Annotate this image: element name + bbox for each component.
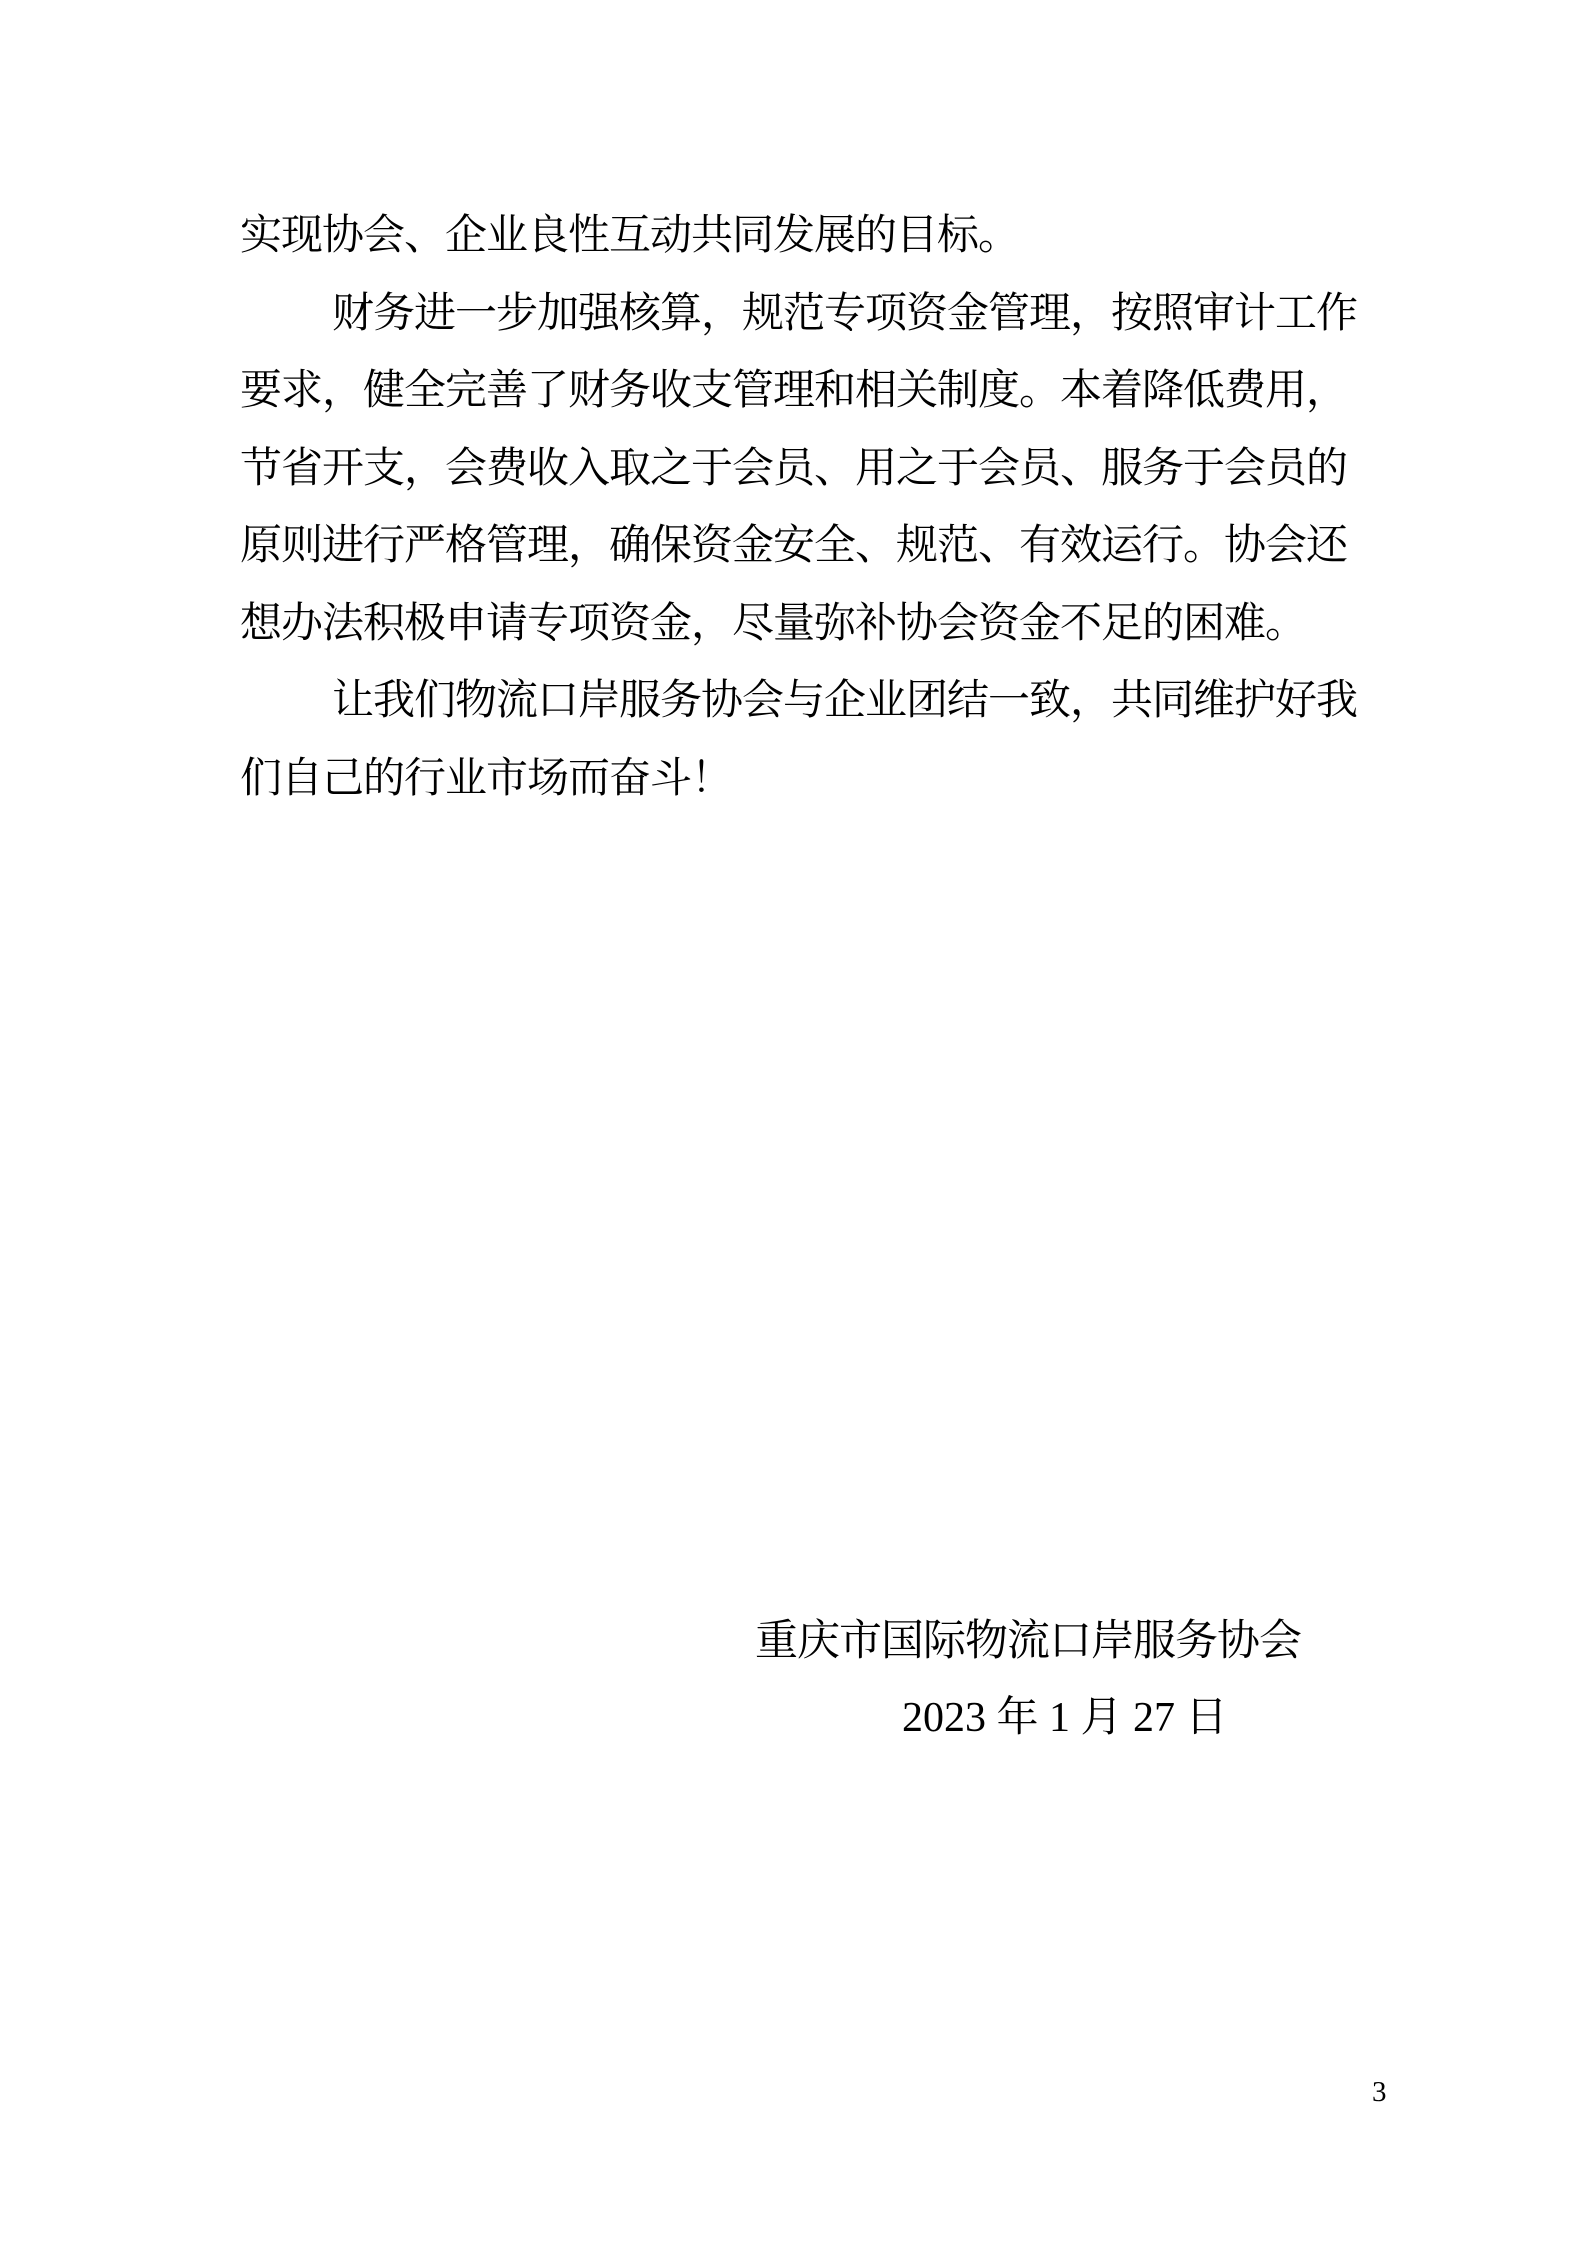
document-page: 实现协会、企业良性互动共同发展的目标。 财务进一步加强核算，规范专项资金管理，按… — [0, 0, 1588, 2245]
text-line: 财务进一步加强核算，规范专项资金管理，按照审计工作 — [240, 276, 1360, 354]
text-line: 原则进行严格管理，确保资金安全、规范、有效运行。协会还 — [240, 508, 1360, 586]
text-line: 节省开支，会费收入取之于会员、用之于会员、服务于会员的 — [240, 431, 1360, 509]
date-line: 2023 年 1 月 27 日 — [902, 1678, 1228, 1758]
text-line: 让我们物流口岸服务协会与企业团结一致，共同维护好我 — [240, 663, 1360, 741]
page-number: 3 — [1372, 2078, 1387, 2107]
text-line: 要求，健全完善了财务收支管理和相关制度。本着降低费用， — [240, 353, 1360, 431]
text-line: 想办法积极申请专项资金，尽量弥补协会资金不足的困难。 — [240, 586, 1360, 664]
text-line: 实现协会、企业良性互动共同发展的目标。 — [240, 198, 1360, 276]
signature-line: 重庆市国际物流口岸服务协会 — [755, 1602, 1301, 1682]
body-text: 实现协会、企业良性互动共同发展的目标。 财务进一步加强核算，规范专项资金管理，按… — [240, 198, 1360, 818]
text-line: 们自己的行业市场而奋斗！ — [240, 741, 1360, 819]
